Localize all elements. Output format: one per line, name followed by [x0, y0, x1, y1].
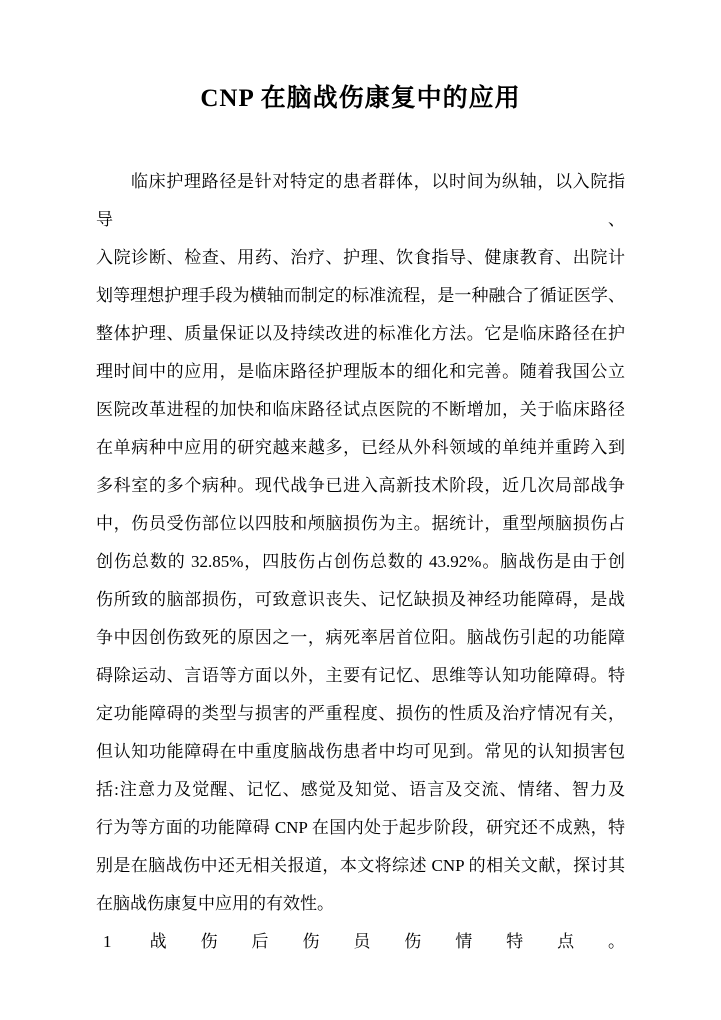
paragraph-line: 定功能障碍的类型与损害的严重程度、损伤的性质及治疗情况有关，	[96, 695, 625, 733]
paragraph-line: 临床护理路径是针对特定的患者群体，以时间为纵轴，以入院指导、	[96, 163, 625, 239]
paragraph-line: 争中因创伤致死的原因之一，病死率居首位阳。脑战伤引起的功能障	[96, 619, 625, 657]
paragraph-line: 别是在脑战伤中还无相关报道，本文将综述 CNP 的相关文献，探讨其	[96, 847, 625, 885]
paragraph-line: 创伤总数的 32.85%，四肢伤占创伤总数的 43.92%。脑战伤是由于创	[96, 543, 625, 581]
paragraph-line: 医院改革进程的加快和临床路径试点医院的不断增加，关于临床路径	[96, 391, 625, 429]
document-page: CNP 在脑战伤康复中的应用 临床护理路径是针对特定的患者群体，以时间为纵轴，以…	[0, 0, 721, 1020]
paragraph-line: 整体护理、质量保证以及持续改进的标准化方法。它是临床路径在护	[96, 315, 625, 353]
document-body: 临床护理路径是针对特定的患者群体，以时间为纵轴，以入院指导、 入院诊断、检查、用…	[96, 163, 625, 961]
section-heading: 1 战伤后伤员伤情特点。	[96, 923, 625, 961]
paragraph-line: 但认知功能障碍在中重度脑战伤患者中均可见到。常见的认知损害包	[96, 733, 625, 771]
paragraph-line: 划等理想护理手段为横轴而制定的标准流程，是一种融合了循证医学、	[96, 277, 625, 315]
paragraph-line: 多科室的多个病种。现代战争已进入高新技术阶段，近几次局部战争	[96, 467, 625, 505]
paragraph-line: 入院诊断、检查、用药、治疗、护理、饮食指导、健康教育、出院计	[96, 239, 625, 277]
paragraph-line: 碍除运动、言语等方面以外，主要有记忆、思维等认知功能障碍。特	[96, 657, 625, 695]
paragraph-line: 在脑战伤康复中应用的有效性。	[96, 885, 625, 923]
paragraph-line: 伤所致的脑部损伤，可致意识丧失、记忆缺损及神经功能障碍，是战	[96, 581, 625, 619]
paragraph-line: 行为等方面的功能障碍 CNP 在国内处于起步阶段，研究还不成熟，特	[96, 809, 625, 847]
document-title: CNP 在脑战伤康复中的应用	[96, 82, 625, 115]
paragraph-line: 括:注意力及觉醒、记忆、感觉及知觉、语言及交流、情绪、智力及	[96, 771, 625, 809]
paragraph-line: 在单病种中应用的研究越来越多，已经从外科领域的单纯并重跨入到	[96, 429, 625, 467]
paragraph-line: 理时间中的应用，是临床路径护理版本的细化和完善。随着我国公立	[96, 353, 625, 391]
paragraph-line: 中，伤员受伤部位以四肢和颅脑损伤为主。据统计，重型颅脑损伤占	[96, 505, 625, 543]
